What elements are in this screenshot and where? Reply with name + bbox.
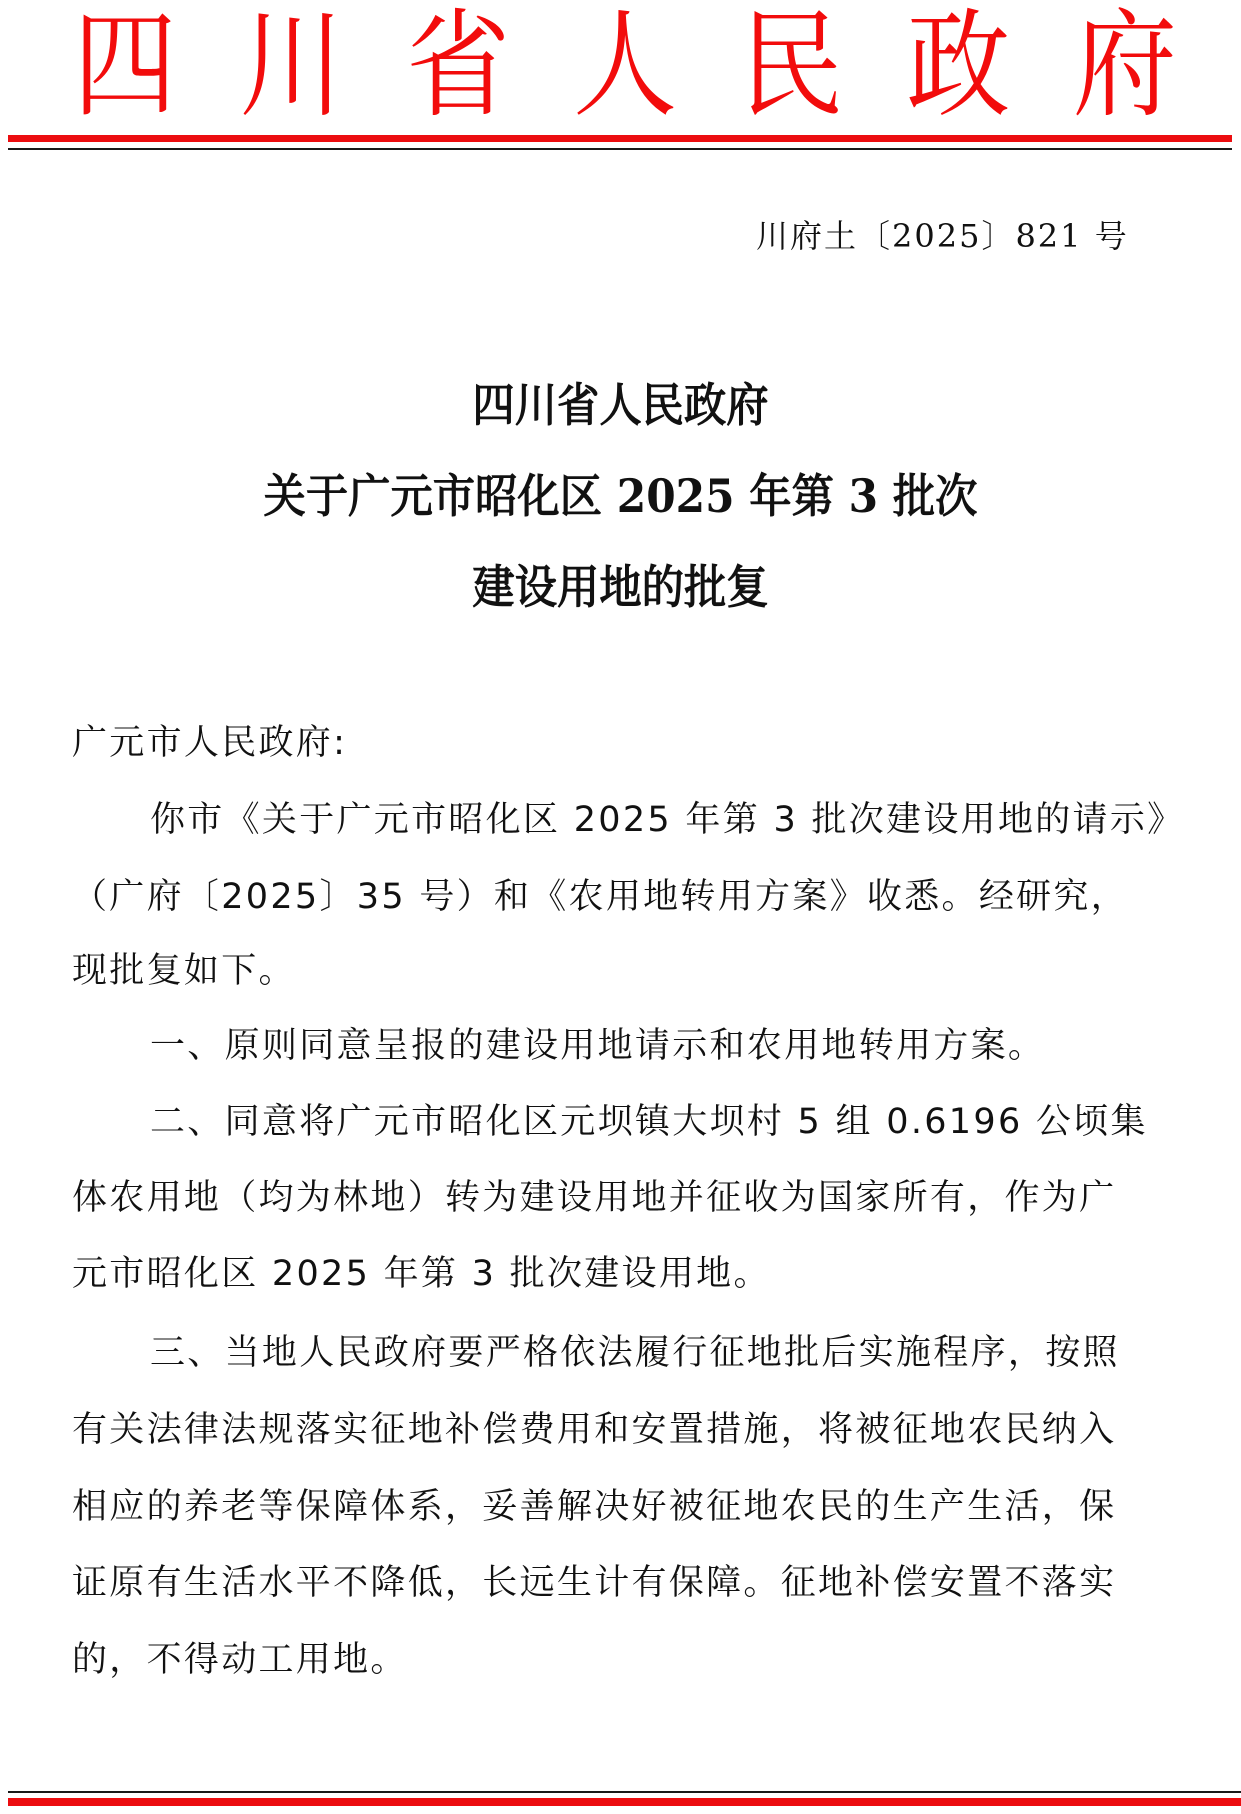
masthead-char: 府	[1070, 0, 1180, 131]
masthead-char: 川	[237, 0, 347, 131]
masthead-char: 省	[403, 0, 513, 131]
salutation: 广元市人民政府:	[72, 718, 1184, 768]
masthead-char: 政	[903, 0, 1013, 131]
paragraph-line: 一、原则同意呈报的建设用地请示和农用地转用方案。	[150, 1021, 1184, 1071]
masthead-char: 人	[570, 0, 680, 131]
paragraph-line: 二、同意将广元市昭化区元坝镇大坝村 5 组 0.6196 公顷集	[150, 1097, 1184, 1147]
paragraph-line: 元市昭化区 2025 年第 3 批次建设用地。	[72, 1249, 1184, 1299]
paragraph-line: （广府〔2025〕35 号）和《农用地转用方案》收悉。经研究，	[72, 872, 1184, 922]
footer-black-rule	[8, 1791, 1241, 1793]
title-line-3: 建设用地的批复	[50, 557, 1192, 617]
paragraph-line: 相应的养老等保障体系，妥善解决好被征地农民的生产生活，保	[72, 1482, 1184, 1532]
paragraph-line: 体农用地（均为林地）转为建设用地并征收为国家所有，作为广	[72, 1173, 1184, 1223]
masthead-char: 四	[70, 0, 180, 131]
title-line-1: 四川省人民政府	[50, 375, 1192, 435]
paragraph-line: 现批复如下。	[72, 946, 1184, 996]
paragraph-line: 三、当地人民政府要严格依法履行征地批后实施程序，按照	[150, 1328, 1184, 1378]
footer-red-rule	[8, 1798, 1241, 1806]
masthead-red-rule	[8, 135, 1232, 142]
masthead-char: 民	[737, 0, 847, 131]
document-number: 川府土〔2025〕821 号	[756, 214, 1129, 258]
title-line-2: 关于广元市昭化区 2025 年第 3 批次	[50, 466, 1192, 526]
masthead-black-rule	[8, 148, 1232, 150]
paragraph-line: 有关法律法规落实征地补偿费用和安置措施，将被征地农民纳入	[72, 1405, 1184, 1455]
masthead-issuer: 四 川 省 人 民 政 府	[70, 6, 1180, 124]
paragraph-line: 你市《关于广元市昭化区 2025 年第 3 批次建设用地的请示》	[150, 795, 1184, 845]
paragraph-line: 的，不得动工用地。	[72, 1635, 1184, 1685]
paragraph-line: 证原有生活水平不降低，长远生计有保障。征地补偿安置不落实	[72, 1558, 1184, 1608]
